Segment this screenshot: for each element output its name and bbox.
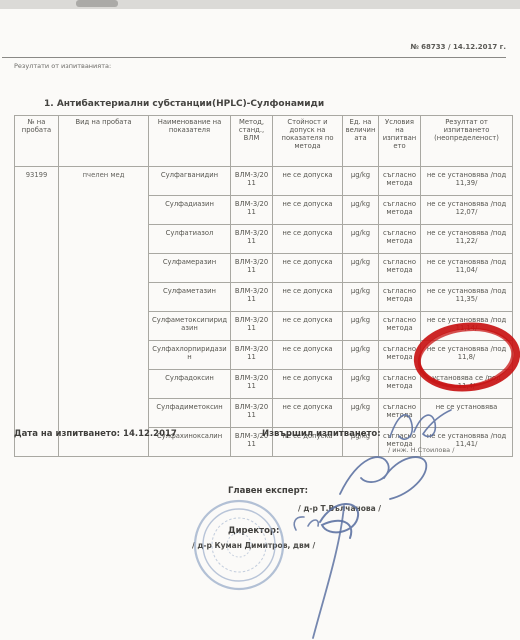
cell-condition: съгласно метода	[379, 341, 421, 370]
performed-by-name: / инж. Н.Стоилова /	[388, 446, 454, 454]
cell-parameter: Сулфагванидин	[149, 167, 231, 196]
cell-method: ВЛМ-3/2011	[231, 341, 273, 370]
header-divider-line	[2, 57, 506, 58]
test-date-label: Дата на изпитването:	[14, 429, 120, 439]
cell-condition: съгласно метода	[379, 167, 421, 196]
col-header-unit: Ед. на величината	[343, 116, 379, 167]
cell-condition: съгласно метода	[379, 283, 421, 312]
cell-parameter: Сулфадоксин	[149, 370, 231, 399]
cell-parameter: Сулфаметоксипиридазин	[149, 312, 231, 341]
scanned-report-page: № 68733 / 14.12.2017 г. Резултати от изп…	[0, 0, 520, 640]
cell-parameter: Сулфаметазин	[149, 283, 231, 312]
cell-method: ВЛМ-3/2011	[231, 254, 273, 283]
cell-limit: не се допуска	[273, 283, 343, 312]
chief-expert-label: Главен експерт:	[228, 486, 308, 496]
cell-condition: съгласно метода	[379, 399, 421, 428]
director-name: / д-р Куман Димитров, двм /	[192, 541, 315, 550]
cell-method: ВЛМ-3/2011	[231, 283, 273, 312]
cell-condition: съгласно метода	[379, 196, 421, 225]
cell-result: не се установява	[421, 399, 513, 428]
cell-condition: съгласно метода	[379, 312, 421, 341]
cell-unit: µg/kg	[343, 254, 379, 283]
cell-condition: съгласно метода	[379, 254, 421, 283]
cell-unit: µg/kg	[343, 283, 379, 312]
cell-parameter: Сулфахлорпиридазин	[149, 341, 231, 370]
document-number: № 68733 / 14.12.2017 г.	[410, 43, 506, 51]
cell-parameter: Сулфатиазол	[149, 225, 231, 254]
results-table-header: № на пробата Вид на пробата Наименование…	[15, 116, 513, 167]
scanned-report-screenshot: { "page": { "doc_number": "№ 68733 / 14.…	[0, 0, 520, 640]
col-header-parameter: Наименование на показателя	[149, 116, 231, 167]
chief-expert-name: / д-р Т.Вълчанова /	[298, 504, 381, 513]
cell-limit: не се допуска	[273, 312, 343, 341]
cell-limit: не се допуска	[273, 399, 343, 428]
director-label: Директор:	[228, 526, 279, 536]
cell-unit: µg/kg	[343, 167, 379, 196]
cell-limit: не се допуска	[273, 196, 343, 225]
document-content: № 68733 / 14.12.2017 г. Резултати от изп…	[0, 0, 520, 640]
results-table: № на пробата Вид на пробата Наименование…	[14, 115, 513, 457]
cell-parameter: Сулфадиазин	[149, 196, 231, 225]
col-header-limit: Стойност и допуск на показателя по метод…	[273, 116, 343, 167]
cell-method: ВЛМ-3/2011	[231, 312, 273, 341]
cell-method: ВЛМ-3/2011	[231, 167, 273, 196]
cell-limit: не се допуска	[273, 225, 343, 254]
director-signature	[282, 492, 382, 640]
col-header-result: Резултат от изпитването (неопределеност)	[421, 116, 513, 167]
cell-sample-number: 93199	[15, 167, 59, 457]
cell-result: не се установява /под 11,39/	[421, 167, 513, 196]
cell-unit: µg/kg	[343, 341, 379, 370]
table-row: 93199пчелен медСулфагванидинВЛМ-3/2011не…	[15, 167, 513, 196]
section-title: 1. Антибактериални субстанции(HPLC)-Сулф…	[44, 99, 324, 109]
cell-method: ВЛМ-3/2011	[231, 399, 273, 428]
cell-result: не се установява /под 11,04/	[421, 254, 513, 283]
cell-condition: съгласно метода	[379, 225, 421, 254]
col-header-method: Метод, станд., ВЛМ	[231, 116, 273, 167]
col-header-conditions: Условия на изпитването	[379, 116, 421, 167]
cell-result: не се установява /под 11,14/	[421, 312, 513, 341]
performed-by-label: Извършил изпитването:	[262, 429, 381, 439]
results-table-body: 93199пчелен медСулфагванидинВЛМ-3/2011не…	[15, 167, 513, 457]
cell-sample-type: пчелен мед	[59, 167, 149, 457]
test-date-line: Дата на изпитването: 14.12.2017	[14, 429, 177, 439]
cell-result-highlighted: установява се /под 11,4/	[421, 370, 513, 399]
cell-parameter: Сулфадиметоксин	[149, 399, 231, 428]
cell-limit: не се допуска	[273, 341, 343, 370]
cell-unit: µg/kg	[343, 196, 379, 225]
cell-result: не се установява /под 11,35/	[421, 283, 513, 312]
cell-unit: µg/kg	[343, 225, 379, 254]
cell-unit: µg/kg	[343, 370, 379, 399]
cell-method: ВЛМ-3/2011	[231, 196, 273, 225]
cell-result: не се установява /под 12,07/	[421, 196, 513, 225]
cell-unit: µg/kg	[343, 399, 379, 428]
cell-limit: не се допуска	[273, 254, 343, 283]
cell-condition: съгласно метода	[379, 370, 421, 399]
cell-result: не се установява /под 11,8/	[421, 341, 513, 370]
results-section-label: Резултати от изпитванията:	[14, 62, 111, 70]
col-header-sample-number: № на пробата	[15, 116, 59, 167]
cell-result: не се установява /под 11,22/	[421, 225, 513, 254]
test-date-value: 14.12.2017	[123, 429, 177, 439]
cell-limit: не се допуска	[273, 370, 343, 399]
col-header-sample-type: Вид на пробата	[59, 116, 149, 167]
cell-unit: µg/kg	[343, 312, 379, 341]
cell-limit: не се допуска	[273, 167, 343, 196]
cell-parameter: Сулфамеразин	[149, 254, 231, 283]
cell-method: ВЛМ-3/2011	[231, 370, 273, 399]
cell-method: ВЛМ-3/2011	[231, 225, 273, 254]
